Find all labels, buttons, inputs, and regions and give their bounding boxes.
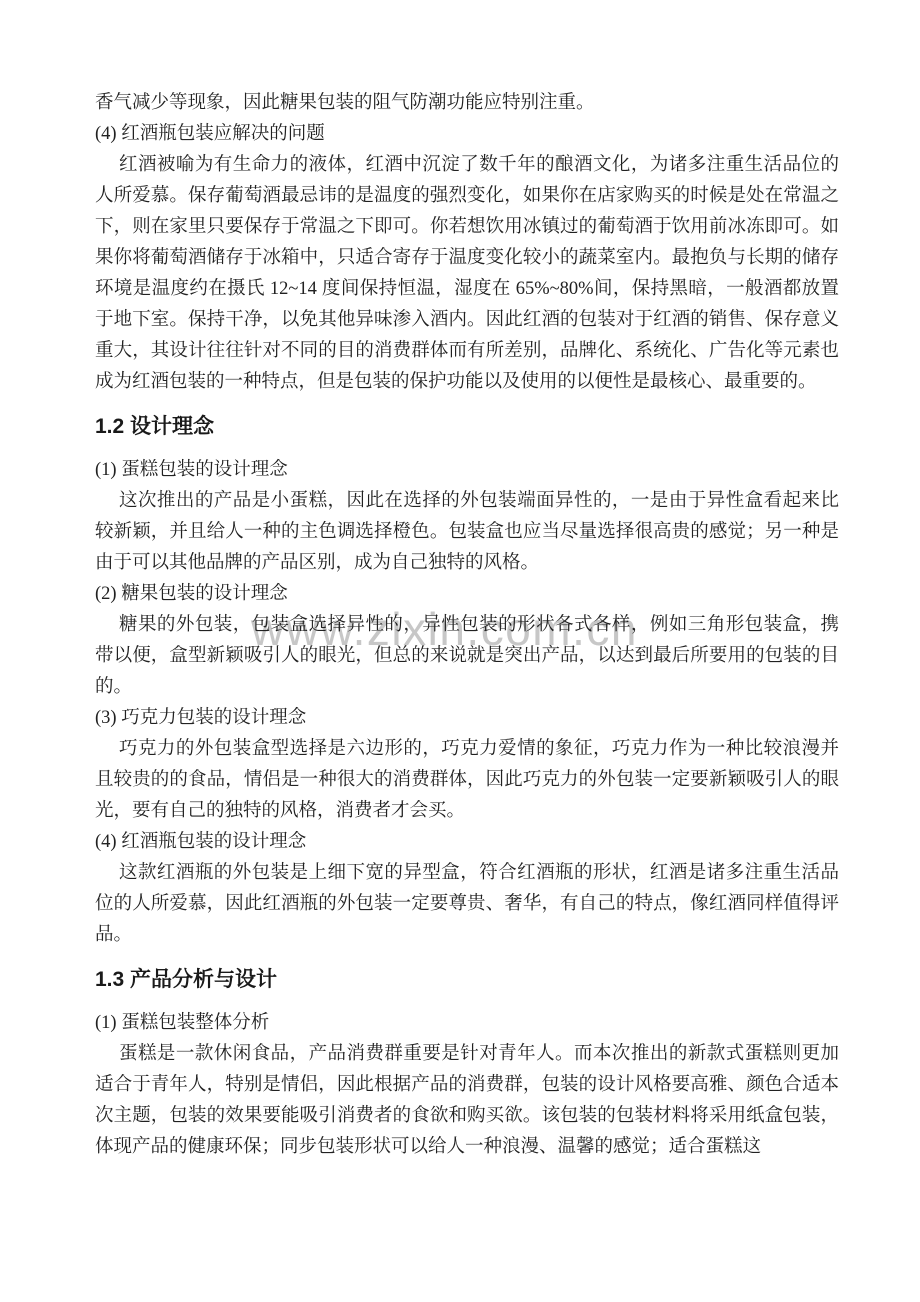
- list-label: (4) 红酒瓶包装应解决的问题: [95, 119, 839, 150]
- list-label: (1) 蛋糕包装整体分析: [95, 1008, 839, 1039]
- paragraph: 糖果的外包装，包装盒选择异性的，异性包装的形状各式各样，例如三角形包装盒，携带以…: [95, 610, 839, 703]
- section-heading: 1.3 产品分析与设计: [95, 964, 839, 995]
- list-label: (4) 红酒瓶包装的设计理念: [95, 827, 839, 858]
- list-label: (3) 巧克力包装的设计理念: [95, 703, 839, 734]
- document-page: www.zixin.com.cn 香气减少等现象，因此糖果包装的阻气防潮功能应特…: [0, 0, 920, 1302]
- list-label: (2) 糖果包装的设计理念: [95, 579, 839, 610]
- paragraph-continuation: 香气减少等现象，因此糖果包装的阻气防潮功能应特别注重。: [95, 88, 839, 119]
- paragraph: 这次推出的产品是小蛋糕，因此在选择的外包装端面异性的，一是由于异性盒看起来比较新…: [95, 486, 839, 579]
- list-label: (1) 蛋糕包装的设计理念: [95, 455, 839, 486]
- paragraph: 这款红酒瓶的外包装是上细下宽的异型盒，符合红酒瓶的形状，红酒是诸多注重生活品位的…: [95, 858, 839, 951]
- paragraph: 红酒被喻为有生命力的液体，红酒中沉淀了数千年的酿酒文化，为诸多注重生活品位的人所…: [95, 150, 839, 398]
- section-heading: 1.2 设计理念: [95, 411, 839, 442]
- document-content: 香气减少等现象，因此糖果包装的阻气防潮功能应特别注重。(4) 红酒瓶包装应解决的…: [95, 88, 839, 1163]
- paragraph: 巧克力的外包装盒型选择是六边形的，巧克力爱情的象征，巧克力作为一种比较浪漫并且较…: [95, 734, 839, 827]
- paragraph: 蛋糕是一款休闲食品，产品消费群重要是针对青年人。而本次推出的新款式蛋糕则更加适合…: [95, 1039, 839, 1163]
